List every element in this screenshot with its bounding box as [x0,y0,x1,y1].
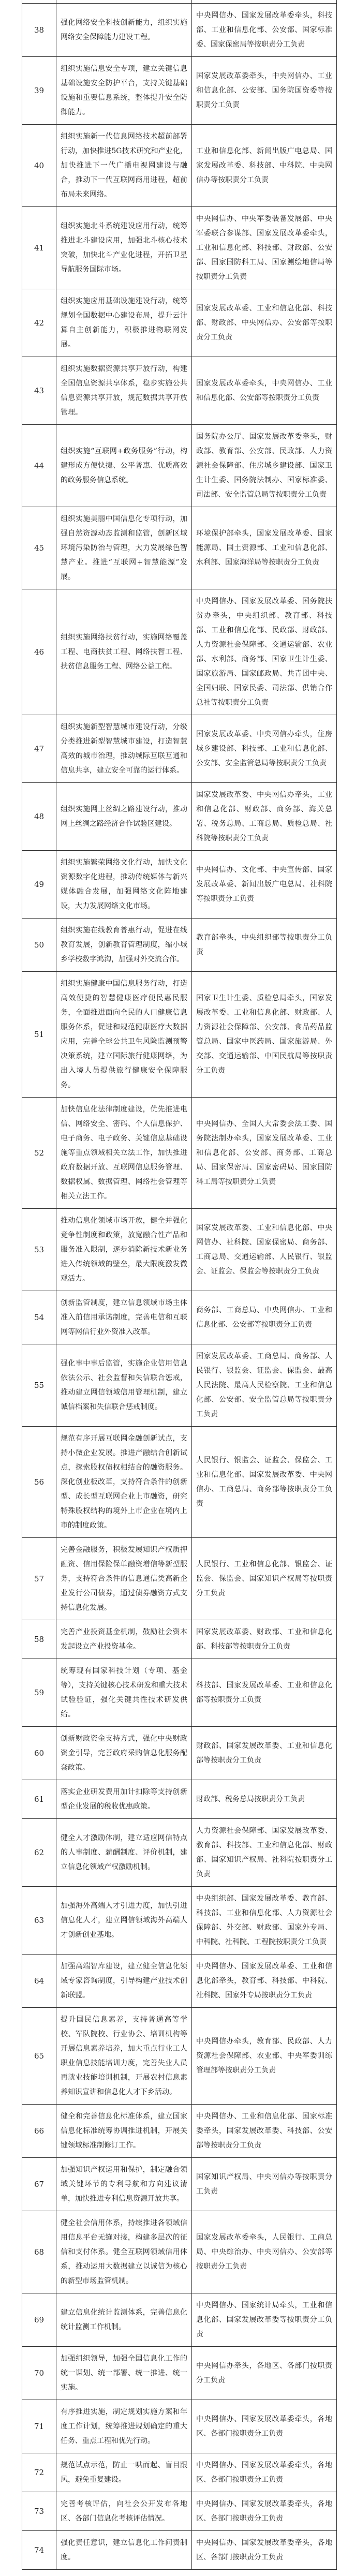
row-task: 组织实施数据资源共享开放行动，构建全国信息资源共享体系，稳步实施公共信息资源共享… [56,357,192,425]
row-task: 统筹现有国家科技计划（专项、基金等），支持关键核心技术研发和重大技术试验验证，强… [56,1659,192,1727]
table-row: 49 组织实施繁荣网络文化行动，加快文化资源数字化进程，推动传统媒体与新兴媒体融… [22,851,337,919]
row-depts: 中央网信办、国家统计局牵头，工业和信息化部、国家发展改革委等按职责分工负责 [192,2293,337,2347]
row-number: 38 [22,4,56,57]
row-task: 有序推进实施，制定规划实施方案和年度工作计划，统筹推进规划确定的重大任务、重点工… [56,2400,192,2453]
table-row: 63 加强海外高端人才引进力度，加快引进信息化人才，建立网信领域海外高端人才创新… [22,1887,337,1955]
row-number: 71 [22,2400,56,2453]
table-row: 50 组织实施在线教育普惠行动，促进在线教育发展，创新教育管理制度，缩小城乡学校… [22,919,337,972]
row-number: 58 [22,1620,56,1659]
row-task: 组织实施新型智慧城市建设行动，分级分类推进新型智慧城市建设，打造智慧高效的城市治… [56,715,192,783]
table-row: 45 组织实施美丽中国信息化专项行动，加强自然资源动态监测和监管，创新区域环境污… [22,507,337,589]
row-depts: 中央网信办、文化部、中央宣传部、国家发展改革委、新闻出版广电总局、社科院等按职责… [192,851,337,919]
row-number: 70 [22,2347,56,2400]
table-row: 70 加强组织领导，加强全国信息化工作的统一谋划、统一部署、统一推进、统一实施。… [22,2347,337,2400]
row-task: 完善产业投资基金机制，鼓励社会资本发起设立产业投资基金。 [56,1620,192,1659]
row-depts: 国家卫生计生委、质检总局牵头，国家发展改革委、工业和信息化部、财政部、人力资源社… [192,972,337,1098]
table-row: 68 健全社会信用体系，持续推进各领域信用信息平台无缝对接，构建多层次的征信和支… [22,2211,337,2293]
row-task: 完善金融服务，积极发展知识产权质押融资、信用保险保单融资增信等新型服务，支持符合… [56,1538,192,1620]
row-depts: 国家发展改革委牵头，中央网信办、工业和信息化部、公安部、国务院国资委等按职责分工… [192,57,337,125]
row-depts: 工业和信息化部、新闻出版广电总局、国家发展改革委、科技部、中科院、中央网信办等按… [192,125,337,207]
row-depts: 中央网信办、全国人大常委会法工委、国务院法制办牵头，国家发展改革委、工业和信息化… [192,1098,337,1209]
row-number: 46 [22,589,56,715]
table-row: 42 组织实施应用基础设施建设行动，统筹规划全国数据中心建设布局，提升云计算自主… [22,289,337,357]
row-depts: 中央网信办、中央军委装备发展部、中央军委联合参谋部、国家发展改革委牵头，工业和信… [192,207,337,289]
row-depts: 国家发展改革委、中央网信办牵头，住房城乡建设部、科技部、工业和信息化部、公安部、… [192,715,337,783]
row-number: 62 [22,1819,56,1887]
row-number: 39 [22,57,56,125]
row-task: 组织实施新一代信息网络技术超前部署行动，加快推进5G技术研究和产业化，加快推进下… [56,125,192,207]
table-row: 39 组织实施信息安全专项，建立关键信息基础设施安全防护平台，支持关键基础设施和… [22,57,337,125]
row-number: 63 [22,1887,56,1955]
row-task: 健全和完善信息化标准体系，建立国家信息化标准统筹协调推进机制，开展关键领域标准制… [56,2105,192,2158]
row-depts: 中央网信办牵头，各地区、各部门按职责分工负责 [192,2347,337,2400]
row-number: 50 [22,919,56,972]
table-row: 41 组织实施北斗系统建设应用行动，统筹推进北斗建设应用，加强北斗核心技术突破，… [22,207,337,289]
row-depts: 国家发展改革委牵头，人民银行、工商总局、中央综治办、中央网信办、公安部等按职责分… [192,2211,337,2293]
row-depts: 人民银行、银监会、证监会、保监会、工业和信息化部、国家发展改革委、中央网信办、工… [192,1427,337,1538]
row-number: 52 [22,1098,56,1209]
row-depts: 国家发展改革委、中央网信办牵头，工业和信息化部、财政部、商务部、海关总署、税务总… [192,783,337,851]
row-depts: 国家发展改革委、财政部、工业和信息化部、科技部等按职责分工负责 [192,1620,337,1659]
row-depts: 人民银行、工业和信息化部、银监会、证监会、保监会、国家知识产权局等按职责分工负责 [192,1538,337,1620]
table-row: 71 有序推进实施，制定规划实施方案和年度工作计划，统筹推进规划确定的重大任务、… [22,2400,337,2453]
table-row: 74 强化责任意识，建立信息化工作问责制度。 中央网信办、国家发展改革委牵头，各… [22,2531,337,2570]
row-number: 45 [22,507,56,589]
row-number: 59 [22,1659,56,1727]
row-depts: 国务院办公厅、国家发展改革委牵头，财政部、教育部、公安部、民政部、人力资源社会保… [192,425,337,507]
row-number: 55 [22,1344,56,1427]
row-number: 43 [22,357,56,425]
row-task: 组织实施在线教育普惠行动，促进在线教育发展，创新教育管理制度，缩小城乡学校数字鸿… [56,919,192,972]
row-number: 60 [22,1727,56,1780]
row-depts: 中央网信办、国家发展改革委牵头，各地区、各部门按职责分工负责 [192,2531,337,2570]
row-task: 组织实施网上丝绸之路建设行动，推动网上丝绸之路经济合作试验区建设。 [56,783,192,851]
table-row: 61 落实企业研发费用加计扣除等支持创新型企业发展的税收优惠政策。 财政部、税务… [22,1780,337,1819]
table-row: 64 加强高端智库建设，建立健全信息化领域专家咨询制度，引导构建产业技术创新联盟… [22,1955,337,2008]
table-row: 69 建立信息化统计监测体系，完善信息化统计监测工作机制。 中央网信办、国家统计… [22,2293,337,2347]
row-task: 推动信息化领域市场开放，健全并强化竞争性制度和政策，放宽融合性产品和服务准入限制… [56,1209,192,1291]
row-task: 加快信息化法律制度建设，优先推进电信、网络安全、密码、个人信息保护、电子商务、电… [56,1098,192,1209]
table-row: 60 创新财政资金支持方式，强化中央财政资金引导，完善政府采购信息化服务配套政策… [22,1727,337,1780]
row-task: 提升国民信息素养，支持普通高等学校、军队院校、行业协会、培训机构等开展信息素养培… [56,2008,192,2105]
row-number: 74 [22,2531,56,2570]
row-number: 48 [22,783,56,851]
row-task: 组织实施健康中国信息服务行动，打造高效便捷的智慧健康医疗便民惠民服务，全面推进面… [56,972,192,1098]
row-number: 61 [22,1780,56,1819]
row-number: 66 [22,2105,56,2158]
row-number: 47 [22,715,56,783]
table-row: 46 组织实施网络扶贫行动，实施网络覆盖工程、电商扶贫工程、网络扶智工程、扶贫信… [22,589,337,715]
row-depts: 环境保护部牵头，国家发展改革委、国家能源局、国土资源部、工业和信息化部、水利部、… [192,507,337,589]
row-depts: 中央网信办、国家发展改革委牵头，各地区、各部门按职责分工负责 [192,2492,337,2531]
row-task: 组织实施北斗系统建设应用行动，统筹推进北斗建设应用，加强北斗核心技术突破，加快北… [56,207,192,289]
row-number: 56 [22,1427,56,1538]
row-task: 组织实施“互联网+政务服务”行动，构建形成方便快捷、公平普惠、优质高效的政务服务… [56,425,192,507]
row-depts: 人力资源社会保障部、国家发展改革委、教育部、科技部、工业和信息化部、财政部、国家… [192,1819,337,1887]
row-task: 建立信息化统计监测体系，完善信息化统计监测工作机制。 [56,2293,192,2347]
row-task: 规范试点示范，防止一哄而起、盲目跟风，避免重复建设。 [56,2453,192,2492]
table-row: 67 加强知识产权运用和保护，制定融合领域关键环节的专利导航和方向建议清单，加快… [22,2158,337,2211]
row-task: 加强海外高端人才引进力度，加快引进信息化人才，建立网信领域海外高端人才创新创业基… [56,1887,192,1955]
row-task: 强化责任意识，建立信息化工作问责制度。 [56,2531,192,2570]
row-depts: 中央网信办、国家发展改革委牵头，科技部、工业和信息化部、公安部、国家标准委、国家… [192,4,337,57]
row-depts: 中央网信办、国家发展改革委牵头，各地区、各部门按职责分工负责 [192,2453,337,2492]
table-row: 55 强化事中事后监管，实施企业信用信息依法公示、社会监督和失信联合惩戒，推动建… [22,1344,337,1427]
row-number: 64 [22,1955,56,2008]
row-depts: 国家发展改革委、工商总局、商务部、人民银行、银监会、证监会、保监会、最高人民法院… [192,1344,337,1427]
row-depts: 中央网信办、国家发展改革委、国务院扶贫办牵头，中央组织部、教育部、科技部、工业和… [192,589,337,715]
row-number: 72 [22,2453,56,2492]
row-number: 54 [22,1291,56,1344]
table-row: 52 加快信息化法律制度建设，优先推进电信、网络安全、密码、个人信息保护、电子商… [22,1098,337,1209]
table-row: 66 健全和完善信息化标准体系，建立国家信息化标准统筹协调推进机制，开展关键领域… [22,2105,337,2158]
row-task: 强化事中事后监管，实施企业信用信息依法公示、社会监督和失信联合惩戒，推动建立网信… [56,1344,192,1427]
row-task: 组织实施网络扶贫行动，实施网络覆盖工程、电商扶贫工程、网络扶智工程、扶贫信息服务… [56,589,192,715]
row-depts: 国家发展改革委、工业和信息化部、科技部、财政部、中央网信办、公安部等按职责分工负… [192,289,337,357]
row-number: 69 [22,2293,56,2347]
row-number: 53 [22,1209,56,1291]
row-task: 强化网络安全科技创新能力，组织实施网络安全保障能力建设工程。 [56,4,192,57]
row-task: 完善考核评估，向社会公开发布各地区、各部门信息化考核评估情况。 [56,2492,192,2531]
row-depts: 国家知识产权局、中央网信办等按职责分工负责 [192,2158,337,2211]
row-task: 组织实施美丽中国信息化专项行动，加强自然资源动态监测和监管，创新区域环境污染防治… [56,507,192,589]
row-number: 51 [22,972,56,1098]
row-number: 65 [22,2008,56,2105]
row-task: 组织实施应用基础设施建设行动，统筹规划全国数据中心建设布局，提升云计算自主创新能… [56,289,192,357]
row-task: 健全社会信用体系，持续推进各领域信用信息平台无缝对接，构建多层次的征信和支付体系… [56,2211,192,2293]
row-task: 组织实施繁荣网络文化行动，加快文化资源数字化进程，推动传统媒体与新兴媒体融合发展… [56,851,192,919]
row-number: 68 [22,2211,56,2293]
table-row: 51 组织实施健康中国信息服务行动，打造高效便捷的智慧健康医疗便民惠民服务，全面… [22,972,337,1098]
table-row: 72 规范试点示范，防止一哄而起、盲目跟风，避免重复建设。 中央网信办、国家发展… [22,2453,337,2492]
row-task: 组织实施信息安全专项，建立关键信息基础设施安全防护平台，支持关键基础设施和重要信… [56,57,192,125]
row-task: 落实企业研发费用加计扣除等支持创新型企业发展的税收优惠政策。 [56,1780,192,1819]
row-number: 41 [22,207,56,289]
table-row: 40 组织实施新一代信息网络技术超前部署行动，加快推进5G技术研究和产业化，加快… [22,125,337,207]
row-depts: 国家发展改革委、工业和信息化部、中央网信办、社科院、国家保密局、商务部、工商总局… [192,1209,337,1291]
row-depts: 财政部、国家发展改革委、工业和信息化部等按职责分工负责 [192,1727,337,1780]
row-depts: 国家发展改革委牵头，中央网信办、工业和信息化部、公安部等按职责分工负责 [192,357,337,425]
row-depts: 科技部、国家发展改革委、工业和信息化部等按职责分工负责 [192,1659,337,1727]
row-number: 67 [22,2158,56,2211]
table-row: 54 创新监管制度，建立信息领域市场主体准入前信用承诺制度，完善电信和互联网等网… [22,1291,337,1344]
table-row: 58 完善产业投资基金机制，鼓励社会资本发起设立产业投资基金。 国家发展改革委、… [22,1620,337,1659]
table-row: 53 推动信息化领域市场开放，健全并强化竞争性制度和政策，放宽融合性产品和服务准… [22,1209,337,1291]
row-task: 创新财政资金支持方式，强化中央财政资金引导，完善政府采购信息化服务配套政策。 [56,1727,192,1780]
row-depts: 中央网信办牵头，教育部、民政部、人力资源社会保障部、农业部、中央军委训练管理部等… [192,2008,337,2105]
table-row: 48 组织实施网上丝绸之路建设行动，推动网上丝绸之路经济合作试验区建设。 国家发… [22,783,337,851]
row-depts: 中央网信办、国家发展改革委牵头，各地区、各部门按职责分工负责 [192,2400,337,2453]
row-task: 加强高端智库建设，建立健全信息化领域专家咨询制度，引导构建产业技术创新联盟。 [56,1955,192,2008]
table-row: 65 提升国民信息素养，支持普通高等学校、军队院校、行业协会、培训机构等开展信息… [22,2008,337,2105]
row-task: 加强知识产权运用和保护，制定融合领域关键环节的专利导航和方向建议清单，加快推进专… [56,2158,192,2211]
row-task: 规范有序开展互联网金融创新试点，支持小微企业发展。推进产融结合创新试点，探索股权… [56,1427,192,1538]
table-row: 43 组织实施数据资源共享开放行动，构建全国信息资源共享体系，稳步实施公共信息资… [22,357,337,425]
table-body: 38 强化网络安全科技创新能力，组织实施网络安全保障能力建设工程。 中央网信办、… [22,0,337,2570]
table-row: 59 统筹现有国家科技计划（专项、基金等），支持关键核心技术研发和重大技术试验验… [22,1659,337,1727]
table-row: 56 规范有序开展互联网金融创新试点，支持小微企业发展。推进产融结合创新试点，探… [22,1427,337,1538]
table-row: 73 完善考核评估，向社会公开发布各地区、各部门信息化考核评估情况。 中央网信办… [22,2492,337,2531]
row-depts: 中央网信办、国家发展改革委、工业和信息化部牵头，教育部、科技部、中科院、社科院、… [192,1955,337,2008]
row-depts: 中央组织部、国家发展改革委、教育部、科技部、工业和信息化部、人力资源社会保障部、… [192,1887,337,1955]
row-task: 健全人才激励体制，建立适应网信特点的人事制度、薪酬制度、评价机制，建立信息化领域… [56,1819,192,1887]
table-row: 57 完善金融服务，积极发展知识产权质押融资、信用保险保单融资增信等新型服务，支… [22,1538,337,1620]
row-number: 42 [22,289,56,357]
row-depts: 财政部、税务总局按职责分工负责 [192,1780,337,1819]
row-depts: 商务部、工商总局、中央网信办、工业和信息化部、公安部等按职责分工负责 [192,1291,337,1344]
document-page: 38 强化网络安全科技创新能力，组织实施网络安全保障能力建设工程。 中央网信办、… [0,0,355,2576]
row-number: 73 [22,2492,56,2531]
task-responsibility-table: 38 强化网络安全科技创新能力，组织实施网络安全保障能力建设工程。 中央网信办、… [22,0,337,2570]
table-row: 62 健全人才激励体制，建立适应网信特点的人事制度、薪酬制度、评价机制，建立信息… [22,1819,337,1887]
row-number: 49 [22,851,56,919]
table-row: 47 组织实施新型智慧城市建设行动，分级分类推进新型智慧城市建设，打造智慧高效的… [22,715,337,783]
row-task: 加强组织领导，加强全国信息化工作的统一谋划、统一部署、统一推进、统一实施。 [56,2347,192,2400]
row-depts: 教育部牵头，中央组织部等按职责分工负责 [192,919,337,972]
table-row: 44 组织实施“互联网+政务服务”行动，构建形成方便快捷、公平普惠、优质高效的政… [22,425,337,507]
row-number: 57 [22,1538,56,1620]
row-number: 40 [22,125,56,207]
row-depts: 中央网信办、工业和信息化部、国家标准委牵头，国家发展改革委、科技部、公安部等按职… [192,2105,337,2158]
table-row: 38 强化网络安全科技创新能力，组织实施网络安全保障能力建设工程。 中央网信办、… [22,4,337,57]
row-number: 44 [22,425,56,507]
row-task: 创新监管制度，建立信息领域市场主体准入前信用承诺制度，完善电信和互联网等网信行业… [56,1291,192,1344]
